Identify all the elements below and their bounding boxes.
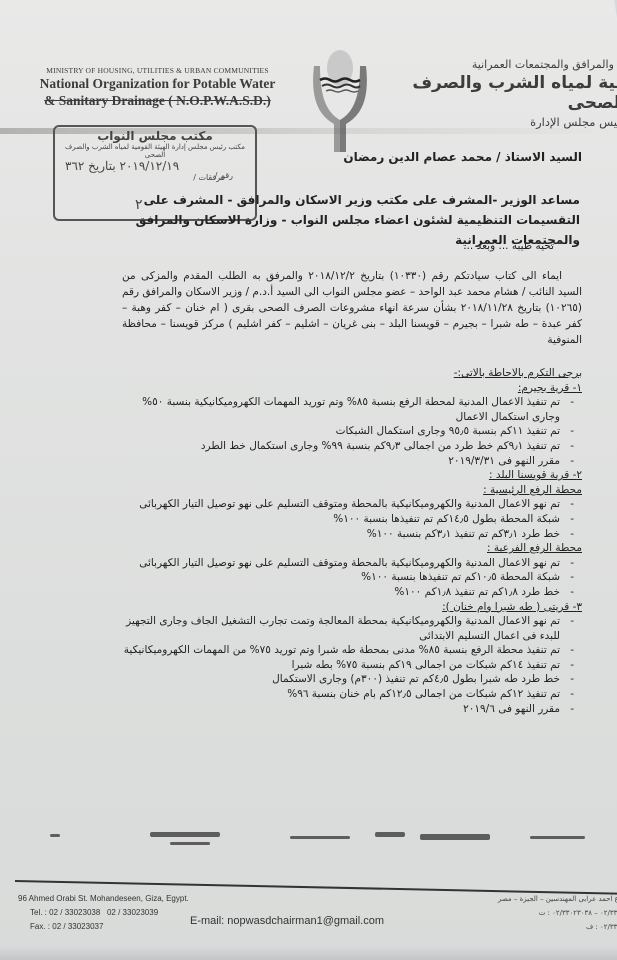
organization-name: National Organization for Potable Water — [30, 75, 285, 92]
footer-email: E-mail: nopwasdchairman1@gmail.com — [190, 915, 384, 927]
arabic-telephone: ٠٢/٣٣٠٢٣٠٣٩ – ٠٢/٣٣٠٢٣٠٣٨ : ت — [490, 906, 617, 920]
footer-telephone: Tel. : 02 / 33023038 02 / 33023039 — [18, 906, 189, 920]
redacted-signature-marks — [50, 828, 590, 848]
tel-number-2: 02 / 33023039 — [107, 908, 158, 917]
request-line: برجى التكرم بالاحاطة بالاتى:- — [112, 366, 582, 381]
fax-number: 02 / 33023037 — [52, 922, 103, 931]
footer-arabic-contact: ٩٦ شارع احمد عرابى المهندسين – الجيزة – … — [490, 892, 617, 934]
arabic-ministry-name: ى والمرافق والمجتمعات العمرانية — [396, 58, 617, 71]
list-item: تم نهو الاعمال المدنية والكهروميكانيكية … — [112, 556, 582, 571]
english-letterhead: MINISTRY OF HOUSING, UTILITIES & URBAN C… — [30, 66, 285, 109]
stamp-title: مكتب مجلس النواب — [55, 129, 255, 143]
section-heading-quesna: ٢- قرية قويسنا البلد : — [112, 468, 582, 483]
list-item: تم نهو الاعمال المدنية والكهروميكانيكية … — [112, 497, 582, 512]
arabic-organization-name: مية لمياه الشرب والصرف الصحى — [396, 73, 617, 113]
tel-label: Tel. : — [30, 908, 47, 917]
footer-address: 96 Ahmed Orabi St. Mohandeseen, Giza, Eg… — [18, 892, 189, 906]
list-item: مقرر النهو فى ٢٠١٩/٦ — [112, 702, 582, 717]
water-drop-hands-logo-icon — [300, 46, 380, 156]
chairman-title: رئيس مجلس الإدارة — [396, 115, 617, 129]
ministry-name: MINISTRY OF HOUSING, UTILITIES & URBAN C… — [30, 66, 285, 75]
list-item: تم تنفيذ الاعمال المدنية لمحطة الرفع بنس… — [112, 395, 582, 424]
email-address[interactable]: nopwasdchairman1@gmail.com — [227, 915, 384, 927]
subsection-heading-branch-station: محطة الرفع الفرعية : — [112, 541, 582, 556]
arabic-address: ٩٦ شارع احمد عرابى المهندسين – الجيزة – … — [490, 892, 617, 906]
stamp-number-label: رقم / — [215, 171, 233, 180]
subsection-heading-main-station: محطة الرفع الرئيسية : — [112, 483, 582, 498]
list-item: خط طرد ١٫٨كم تم تنفيذ ١٫٨كم ١٠٠% — [112, 585, 582, 600]
footer-fax: Fax. : 02 / 33023037 — [18, 920, 189, 934]
arabic-letterhead: ى والمرافق والمجتمعات العمرانية مية لميا… — [396, 58, 617, 129]
section-heading-bajirm: ١- قرية بجيرم: — [112, 381, 582, 396]
list-item: شبكة المحطة بطول ١٤٫٥كم تم تنفيذها بنسبة… — [112, 512, 582, 527]
footer-english-contact: 96 Ahmed Orabi St. Mohandeseen, Giza, Eg… — [18, 892, 189, 934]
organization-name-line2: & Sanitary Drainage ( N.O.P.W.A.S.D.) — [30, 92, 285, 109]
intro-paragraph: ايماء الى كتاب سيادتكم رقم (١٠٣٣٠) بتاري… — [122, 268, 582, 348]
fax-label: Fax. : — [30, 922, 50, 931]
tel-number-1: 02 / 33023038 — [49, 908, 100, 917]
list-item: تم تنفيذ ١١كم بنسبة ٩٥٫٥ وجارى استكمال ا… — [112, 424, 582, 439]
list-item: خط طرد طه شبرا بطول ٤٫٥كم تم تنفيذ (٣٠٠م… — [112, 672, 582, 687]
page-bottom-edge — [0, 948, 617, 960]
arabic-fax: ٠٢/٣٣٠٢٣٠٣٧ : ف — [490, 920, 617, 934]
letter-page: MINISTRY OF HOUSING, UTILITIES & URBAN C… — [0, 0, 617, 960]
list-item: تم تنفيذ محطة الرفع بنسبة ٨٥% مدنى بمحطة… — [112, 643, 582, 658]
list-item: مقرر النهو فى ٢٠١٩/٣/٣١ — [112, 454, 582, 469]
list-item: تم نهو الاعمال المدنية والكهروميكانيكية … — [112, 614, 582, 643]
list-item: تم تنفيذ ١٤كم شبكات من اجمالى ١٩كم بنسبة… — [112, 658, 582, 673]
letter-content: برجى التكرم بالاحاطة بالاتى:- ١- قرية بج… — [112, 366, 582, 716]
list-item: خط طرد ٣٫١كم تم تنفيذ ٣٫١كم بنسبة ١٠٠% — [112, 527, 582, 542]
section-heading-taha-shubra: ٣- قريتى ( طه شبرا وام خنان ): — [112, 600, 582, 615]
list-item: تم تنفيذ ١٢كم شبكات من اجمالى ١٢٫٥كم بام… — [112, 687, 582, 702]
email-label: E-mail: — [190, 915, 224, 927]
list-item: شبكة المحطة ١٠٫٥كم تم تنفيذها بنسبة ١٠٠% — [112, 570, 582, 585]
addressee: السيد الاستاذ / محمد عصام الدين رمضان — [82, 150, 582, 164]
list-item: تم تنفيذ ٩٫١كم خط طرد من اجمالى ٩٫٣كم بن… — [112, 439, 582, 454]
greeting: تحيه طيبه ... وبعد ... — [54, 240, 554, 252]
